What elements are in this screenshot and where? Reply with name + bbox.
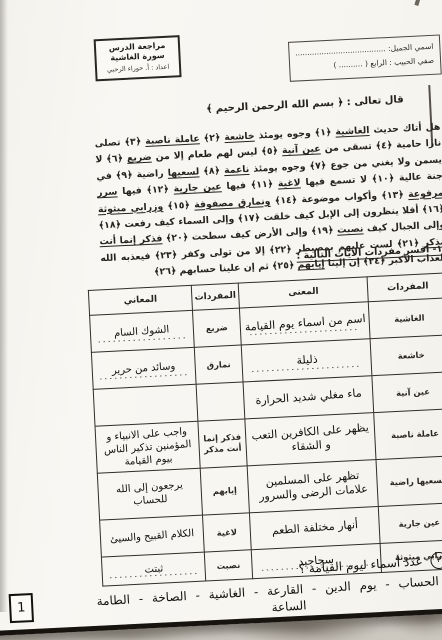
vocab-word-left: ضريع <box>193 308 242 347</box>
handwritten-meaning-right: اسم من اسماء يوم القيامة <box>239 302 370 345</box>
verse-text: ﴿١١﴾ فيها <box>221 179 278 193</box>
handwriting: ذليلة <box>296 352 318 368</box>
verse-text: ﴿١٥﴾ <box>163 199 195 212</box>
underlined-vocab-word: الغاشية <box>335 125 369 138</box>
handwriting: يظهر على الكافرين التعب و الشقاء <box>248 420 372 457</box>
handwriting: الكلام القبيح والسيئ <box>110 527 195 546</box>
handwriting: اسم من اسماء يوم القيامة <box>244 312 366 335</box>
circled-question-number: ٢ <box>430 551 442 569</box>
vocabulary-table: المفردات المعنى المفردات المعاني الغاشية… <box>88 272 442 586</box>
document-page: مراجعة الدرس سورة الغاشية اعداد : أ. حور… <box>0 0 442 636</box>
scan-viewport: { "colors":{"paper":"#f7f5f0","ink":"#21… <box>0 0 442 640</box>
underlined-vocab-word: ضريع <box>127 152 152 164</box>
handwritten-meaning-right: يظهر على الكافرين التعب و الشقاء <box>245 413 377 466</box>
underlined-vocab-word: لاغية <box>278 178 301 190</box>
handwritten-meaning-left: الشوك السام <box>90 310 195 352</box>
vocab-word-right: لسعيها راضية <box>376 456 442 507</box>
handwritten-meaning-right: أنهار مختلفة الطعم <box>249 506 380 549</box>
handwritten-meaning-right: ذليلة <box>241 339 372 382</box>
underlined-vocab-word: عاملة ناصبة <box>145 133 200 147</box>
vocab-word-right: خاشعة <box>371 335 442 376</box>
handwriting: يرجعون إلى الله للحساب <box>101 478 199 511</box>
underlined-vocab-word: ونمارق مصفوفة <box>194 196 271 211</box>
underlined-vocab-word: نصبت <box>337 224 364 236</box>
verse-text: هل أتاك حديث <box>369 122 440 136</box>
prepared-by-line: اعداد : أ. حوراء الرحبي <box>101 62 175 74</box>
verse-text: ﴿٥﴾ ليس لهم طعام إلا من <box>151 146 282 163</box>
vocab-word-left: لاغية <box>203 513 252 552</box>
vocab-word-right: عين جارية <box>379 503 442 544</box>
verse-text: ﴿١٣﴾ وأكواب موضوعة ﴿١٤﴾ <box>270 189 408 207</box>
handwritten-meaning-right: ماء مغلي شديد الحرارة <box>243 376 374 419</box>
handwritten-answer-line-2: الساعة <box>271 598 307 614</box>
handwriting: وسائد من حرير <box>112 360 176 378</box>
vocab-word-left: نصبت <box>204 550 252 581</box>
underlined-vocab-word: ناعمة <box>224 164 250 176</box>
handwritten-meaning-left: وسائد من حرير <box>91 347 196 389</box>
handwritten-meaning-left: يرجعون إلى الله للحساب <box>97 468 202 520</box>
vocab-word-right: الغاشية <box>369 298 442 339</box>
verse-text: ﴿٢٥﴾ ثم إن علينا حسابهم ﴿٢٦﴾ <box>154 260 298 278</box>
handwriting: تظهر على المسلمين علامات الرضى والسرور <box>251 467 375 504</box>
student-info-box: اسمي الجميل: ...........................… <box>288 34 442 81</box>
handwritten-meaning-left: ثبتت <box>101 552 205 586</box>
handwriting: أنهار مختلفة الطعم <box>271 518 358 539</box>
vocab-word-right: عين آنية <box>372 372 442 413</box>
handwriting: ماء مغلي شديد الحرارة <box>255 386 362 408</box>
handwriting: الشوك السام <box>114 323 170 340</box>
underlined-vocab-word: وزرابي مبثوثة <box>98 201 164 215</box>
underlined-vocab-word: لسعيها <box>167 166 199 179</box>
verse-text: ﴿١٢﴾ فيها <box>117 184 174 198</box>
scan-speck <box>414 0 420 6</box>
handwritten-meaning-left: واجب على الانبياء و المؤمنين تذكير الناس… <box>95 421 200 473</box>
handwritten-meaning-left: الكلام القبيح والسيئ <box>100 515 205 557</box>
vocab-word-left: فذكر إنما أنت مذكر <box>198 419 247 468</box>
verse-text: ﴿١﴾ وجوه يومئذ <box>254 127 335 142</box>
col-header-vocab-right: المفردات <box>367 273 442 302</box>
vocab-word-left <box>196 382 245 421</box>
page-number-box: 1 <box>9 593 34 623</box>
vocab-word-left: إيابهم <box>200 466 249 515</box>
handwriting: واجب على الانبياء و المؤمنين تذكير الناس… <box>98 424 197 470</box>
col-header-vocab-left: المفردات <box>191 283 239 310</box>
vocab-word-left: نمارق <box>194 345 243 384</box>
bismillah-line: قال تعالى : ﴿ بسم الله الرحمن الرحيم ﴾ <box>175 93 435 117</box>
lesson-title: مراجعة الدرس سورة الغاشية <box>100 40 175 64</box>
underlined-vocab-word: عين جارية <box>173 182 222 195</box>
lesson-title-box: مراجعة الدرس سورة الغاشية اعداد : أ. حور… <box>94 35 182 81</box>
verse-text: ﴿١٩﴾ وإلى الأرض كيف سطحت ﴿٢٠﴾ <box>162 225 337 245</box>
verse-text: ﴿٨﴾ <box>199 165 224 177</box>
scan-edge-shadow <box>0 0 8 612</box>
handwritten-meaning-left <box>93 384 198 426</box>
quran-paragraph: هل أتاك حديث الغاشية ﴿١﴾ وجوه يومئذ خاشع… <box>94 120 442 284</box>
underlined-vocab-word: عين آنية <box>282 144 321 157</box>
handwriting: ثبتت <box>144 562 164 576</box>
handwritten-meaning-right: تظهر على المسلمين علامات الرضى والسرور <box>247 460 379 513</box>
underlined-vocab-word: خاشعة <box>224 131 255 143</box>
vocab-word-right: عاملة ناصبة <box>374 409 442 460</box>
vocab-table-body: الغاشيةاسم من اسماء يوم القيامةضريعالشوك… <box>90 298 442 586</box>
verse-text: ﴿٢﴾ <box>199 132 224 144</box>
